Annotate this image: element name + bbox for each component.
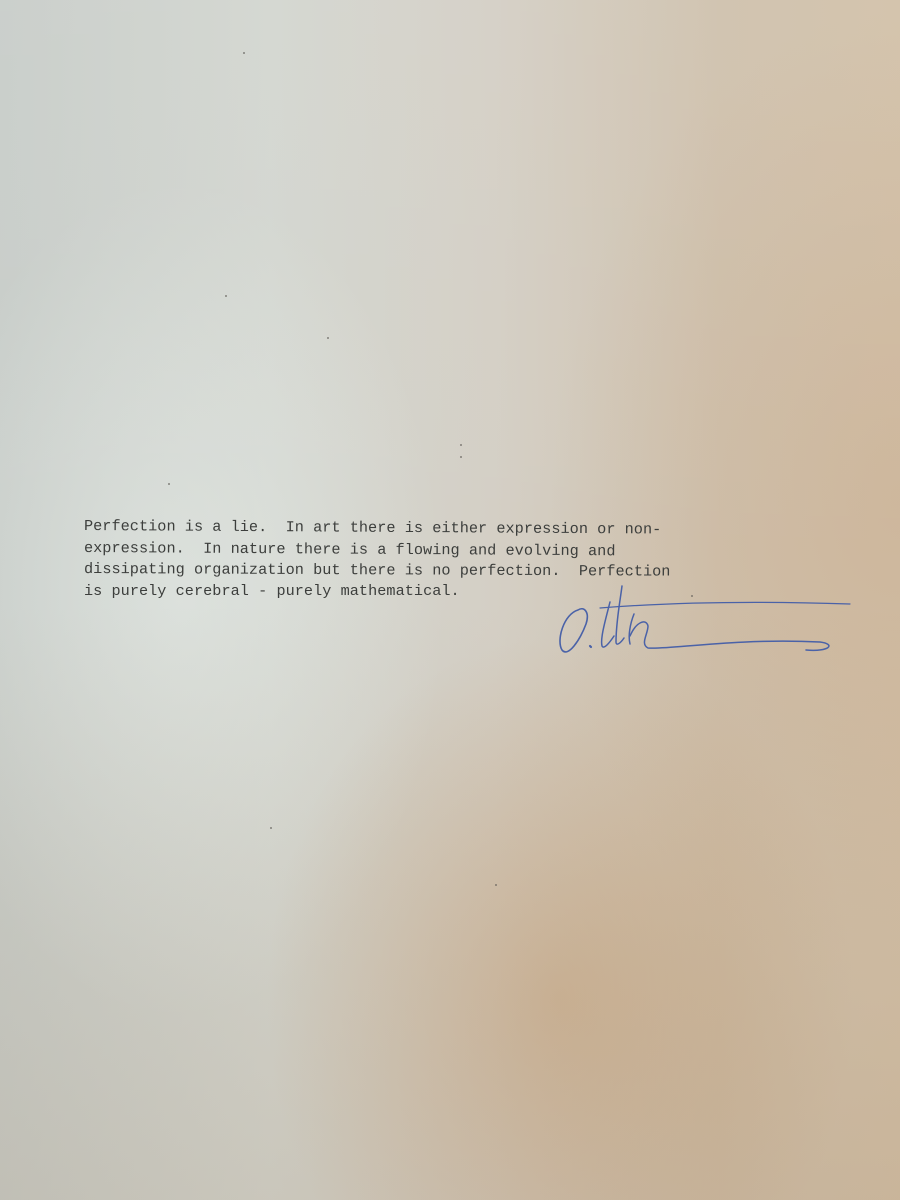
paper-speck	[327, 337, 329, 339]
handwritten-signature	[550, 580, 870, 660]
paper-speck	[460, 456, 462, 458]
paper-page: Perfection is a lie. In art there is eit…	[0, 0, 900, 1200]
paper-speck	[243, 52, 245, 54]
paper-speck	[168, 483, 170, 485]
paper-speck	[460, 444, 462, 446]
paper-speck	[225, 295, 227, 297]
paper-speck	[270, 827, 272, 829]
paper-speck	[495, 884, 497, 886]
